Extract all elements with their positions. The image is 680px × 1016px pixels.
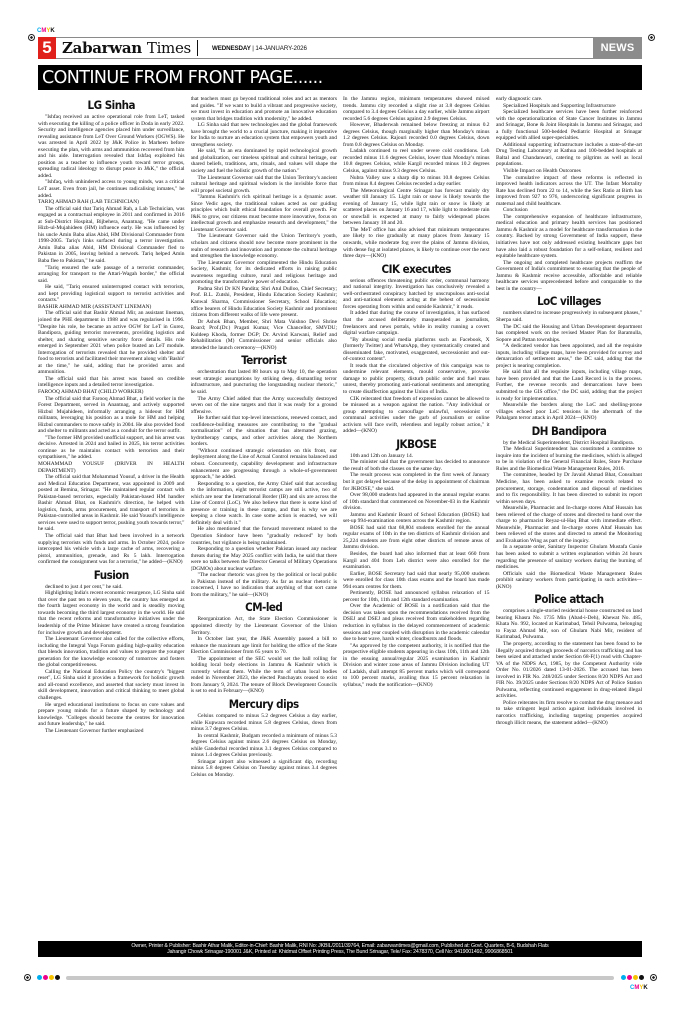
paragraph: The official said that Tariq Ahmad Rah, …: [38, 206, 185, 265]
magenta-swatch: [43, 975, 48, 980]
headline-fusion: Fusion: [38, 568, 185, 583]
headline-lg-sinha: LG Sinha: [38, 98, 185, 113]
article-cik: CIK executes serious offences threatenin…: [343, 262, 490, 435]
paragraph: BOSE had said that 68,804 students enrol…: [343, 525, 490, 551]
registration-mark-top-left: [28, 34, 35, 41]
paragraph: The result process was completed in the …: [343, 472, 490, 492]
paragraph: "Without continued strategic orientation…: [191, 448, 338, 481]
paragraph: He said that all the requisite inputs, i…: [496, 369, 642, 402]
paragraph: Meanwhile the borders along the LoC and …: [496, 402, 642, 422]
paragraph: The Lieutenant Governor said the Union T…: [191, 233, 338, 259]
headline-police-attach: Police attach: [496, 592, 642, 607]
paragraph: The cumulative impact of these reforms i…: [496, 175, 642, 208]
paragraph: numbers slated to increase progressively…: [496, 310, 642, 323]
masthead-bar: Zabarwan Times WEDNESDAY | 14-JANUARY-20…: [56, 37, 593, 59]
paragraph: Additional supporting infrastructure inc…: [496, 142, 642, 168]
article-police-attach: Police attach comprises a single-storied…: [496, 592, 642, 726]
paragraph: The Lieutenant Governor further emphasiz…: [38, 728, 185, 735]
paragraph: The Medical Superintendent has constitut…: [496, 446, 642, 472]
black-swatch: [55, 975, 60, 980]
paragraph: The Lieutenant Governor also called for …: [38, 636, 185, 669]
yellow-swatch: [49, 975, 54, 980]
paragraph: "A dedicated vendor has been appointed, …: [496, 343, 642, 369]
paragraph: Dr Ashok Bhan, Member, Shri Mata Vaishno…: [191, 319, 338, 352]
paragraph: CIK reiterated that freedom of expressio…: [343, 396, 490, 435]
paragraph: However, Bhaderwah remained below freezi…: [343, 122, 490, 148]
color-swatches-right: [621, 975, 644, 980]
cyan-swatch: [621, 975, 626, 980]
column-5: early diagnostic care. Specialized Hospi…: [496, 96, 642, 938]
paragraph: The committee, headed by Dr Javaid Ahmad…: [496, 472, 642, 505]
registration-mark-bottom-right: [650, 974, 657, 981]
article-lg-sinha: LG Sinha "Ishfaq received an active oper…: [38, 98, 185, 566]
page-number: 5: [38, 37, 56, 59]
registration-mark-bottom-left: [24, 974, 31, 981]
imprint-line-2: Jahangir Chowk Srinagar-190001 J&K, Prin…: [38, 949, 642, 955]
paragraph: serious offences threatening public orde…: [343, 278, 490, 311]
paragraph: "Jammu Kashmir's rich spiritual heritage…: [191, 194, 338, 233]
headline-jkbose: JKBOSE: [343, 437, 490, 452]
section-tag-news: NEWS: [593, 37, 642, 59]
paragraph: He said, "Tariq ensured uninterrupted co…: [38, 284, 185, 304]
paragraph: Responding to a question, the Army Chief…: [191, 481, 338, 527]
paragraph: He further said that top-level interacti…: [191, 415, 338, 448]
paragraph: Specialized healthcare services have bee…: [496, 109, 642, 142]
paragraph: He also mentioned that the forward movem…: [191, 526, 338, 546]
article-lg-sinha-continued: that teachers must go beyond traditional…: [191, 96, 338, 351]
article-loc-villages: LoC villages numbers slated to increase …: [496, 294, 642, 421]
article-dh-bandipora: DH Bandipora by the Medical Superintende…: [496, 424, 642, 591]
headline-cik: CIK executes: [343, 262, 490, 277]
article-mercury-dips-continued: In the Jammu region, minimum temperature…: [343, 96, 490, 260]
paper-name-bold: Zabarwan: [62, 39, 142, 57]
article-cm-led: CM-led Reorganization Act, the State Ele…: [191, 600, 338, 695]
paragraph: Besides, the board had also informed tha…: [343, 551, 490, 571]
color-swatches-left: [37, 975, 60, 980]
paragraph: "Tariq ensured the safe passage of a ter…: [38, 265, 185, 285]
footer-imprint: Owner, Printer & Publisher: Bashir Athar…: [38, 941, 642, 957]
headline-loc-villages: LoC villages: [496, 294, 642, 309]
masthead-divider: [197, 40, 198, 56]
masthead: 5 Zabarwan Times WEDNESDAY | 14-JANUARY-…: [38, 37, 642, 59]
article-fusion: Fusion declined to just 4 per cent," he …: [38, 568, 185, 735]
paragraph: The Lieutenant Governor said that the Un…: [191, 175, 338, 195]
paragraph: Calling the National Education Policy th…: [38, 669, 185, 702]
column-2: that teachers must go beyond traditional…: [191, 96, 338, 938]
paragraph: The official said that Mohammad Yousuf, …: [38, 474, 185, 533]
gray-registration-bar: [66, 976, 614, 980]
paragraph: In the Jammu region, minimum temperature…: [343, 96, 490, 122]
paragraph: Officials said the Biomedical Waste Mana…: [496, 571, 642, 591]
paragraph: He urged educational institutions to foc…: [38, 702, 185, 728]
paragraph: Reorganization Act, the State Election C…: [191, 616, 338, 636]
paragraph: Responding to a question whether Pakista…: [191, 546, 338, 572]
paragraph: The appointment of the SEC would set the…: [191, 656, 338, 695]
paragraph: Ladakh continued to reel under severe co…: [343, 148, 490, 174]
paragraph: Celsius compared to minus 5.2 degrees Ce…: [191, 713, 338, 733]
magenta-swatch: [627, 975, 632, 980]
paragraph: In central Kashmir, Budgam recorded a mi…: [191, 733, 338, 759]
paragraph: The comprehensive expansion of healthcar…: [496, 214, 642, 260]
date-label: 14-JANUARY-2026: [255, 45, 306, 52]
headline-mercury-dips: Mercury dips: [191, 697, 338, 712]
paragraph: The official said that his arrest was ba…: [38, 376, 185, 389]
cyan-swatch: [37, 975, 42, 980]
paragraph: The official said that Bashir Ahmad Mir,…: [38, 310, 185, 375]
paragraph: He said, "In an era dominated by rapid t…: [191, 148, 338, 174]
paragraph: LG Sinha said that new technologies and …: [191, 122, 338, 148]
headline-dh-bandipora: DH Bandipora: [496, 424, 642, 439]
paragraph: The ongoing and completed healthcare pro…: [496, 260, 642, 293]
cmyk-label-bottom: CMYK: [630, 985, 648, 991]
paragraph: Pertinently, BOSE had announced syllabus…: [343, 590, 490, 603]
article-mercury-dips: Mercury dips Celsius compared to minus 5…: [191, 697, 338, 778]
paragraph: "As approved by the competent authority,…: [343, 643, 490, 689]
paragraph: The Army Chief added that the Army succe…: [191, 396, 338, 416]
cmyk-label-top: CMYK: [37, 28, 55, 34]
paragraph: "Ishfaq received an active operational r…: [38, 114, 185, 179]
registration-mark-top-right: [648, 34, 655, 41]
paragraph: Srinagar airport also witnessed a signif…: [191, 759, 338, 779]
paper-name: Zabarwan Times: [56, 39, 197, 57]
headline-terrorist: Terrorist: [191, 353, 338, 368]
headline-cm-led: CM-led: [191, 600, 338, 615]
paragraph: that teachers must go beyond traditional…: [191, 96, 338, 122]
dateline: WEDNESDAY | 14-JANUARY-2026: [212, 45, 307, 52]
article-jkbose: JKBOSE 10th and 12th on January 14. The …: [343, 437, 490, 689]
paper-name-light: Times: [147, 39, 191, 57]
paragraph: The Meteorological Centre Srinagar has f…: [343, 188, 490, 227]
paragraph: The minister said that the government ha…: [343, 459, 490, 472]
paragraph: The property, according to the statement…: [496, 641, 642, 700]
paragraph: The official said that Farooq Ahmad Bhat…: [38, 396, 185, 435]
paragraph: It reads that the circulated objective o…: [343, 363, 490, 396]
paragraph: orchestration that lasted 88 hours up to…: [191, 369, 338, 395]
paragraph: In a separate order, Sanitary Inspector …: [496, 544, 642, 570]
paragraph: It added that during the course of inves…: [343, 310, 490, 336]
paragraph: Over the Academic of BOSE in a notificat…: [343, 603, 490, 642]
paragraph: Over 98,000 students had appeared in the…: [343, 492, 490, 512]
subhead: MOHAMMAD YOUSUF (DRIVER IN HEALTH DEPART…: [38, 461, 185, 474]
column-1: LG Sinha "Ishfaq received an active oper…: [38, 96, 185, 938]
paragraph: Earlier, BOSE Secretary had said that ne…: [343, 571, 490, 591]
date-separator: |: [252, 45, 254, 52]
paragraph: "The nuclear rhetoric was given by the p…: [191, 572, 338, 598]
paragraph: "Ishfaq, with unhindered access to young…: [38, 179, 185, 199]
paragraph: Padma Shri Dr KN Pandita; Shri Atul Dull…: [191, 286, 338, 319]
black-swatch: [639, 975, 644, 980]
paragraph: comprises a single-storied residential h…: [496, 608, 642, 641]
paragraph: "The former HM provided unofficial suppo…: [38, 435, 185, 461]
article-massive-continued: early diagnostic care. Specialized Hospi…: [496, 96, 642, 292]
paragraph: The Lieutenant Governor complimented the…: [191, 260, 338, 286]
day-label: WEDNESDAY: [212, 45, 251, 52]
paragraph: The MeT office has also advised that min…: [343, 227, 490, 260]
paragraph: The official said that Bhat had been inv…: [38, 533, 185, 566]
paragraph: Highlighting India's recent economic res…: [38, 590, 185, 636]
paragraph: Police reiterates its firm resolve to co…: [496, 700, 642, 726]
paragraph: Jammu and Kashmir Board of School Educat…: [343, 512, 490, 525]
article-terrorist: Terrorist orchestration that lasted 88 h…: [191, 353, 338, 598]
paragraph: Meanwhile, Pharmacist and In-charge stor…: [496, 505, 642, 544]
paragraph: "By abusing social media platforms such …: [343, 337, 490, 363]
continue-banner: CONTINUE FROM FRONT PAGE......: [38, 65, 642, 90]
column-3: In the Jammu region, minimum temperature…: [343, 96, 490, 938]
yellow-swatch: [633, 975, 638, 980]
paragraph: Nubra Valley saw a sharp dip to minus 10…: [343, 175, 490, 188]
paragraph: In October last year, the J&K Assembly p…: [191, 636, 338, 656]
paragraph: The DC said the Housing and Urban Develo…: [496, 324, 642, 344]
